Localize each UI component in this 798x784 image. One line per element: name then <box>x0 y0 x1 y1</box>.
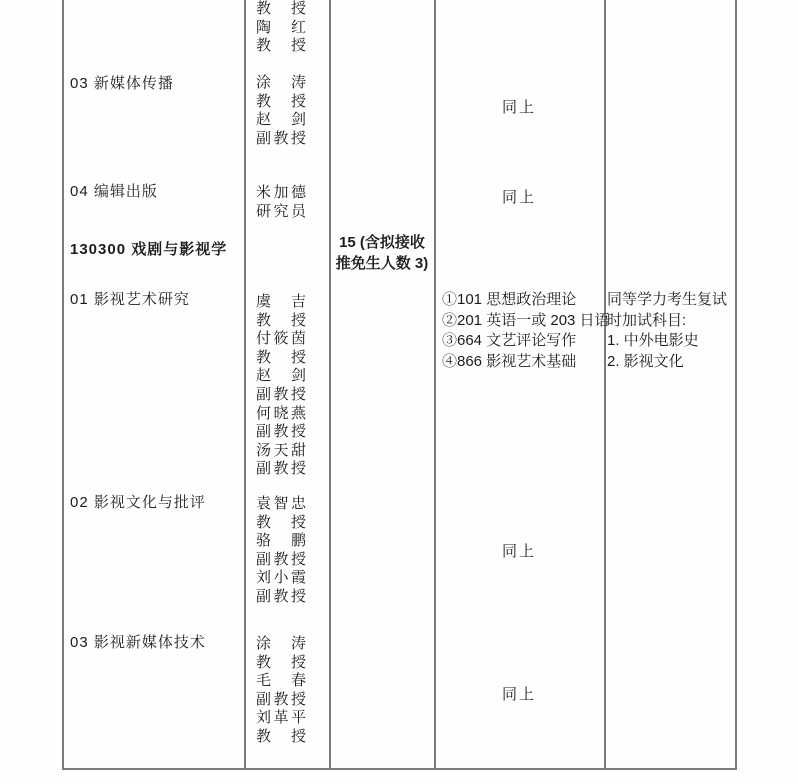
advisor-block: 涂 涛 教 授 赵 剑 副教授 <box>256 74 309 148</box>
advisor-title: 研究员 <box>256 203 309 222</box>
advisor-title: 副教授 <box>256 386 309 405</box>
direction-label: 01 影视艺术研究 <box>70 290 190 309</box>
advisor-title: 教 授 <box>256 93 309 112</box>
direction-label: 02 影视文化与批评 <box>70 493 206 512</box>
exam-subject-line: ②201 英语一或 203 日语 <box>442 311 610 332</box>
table-border-direction-advisor <box>244 0 246 770</box>
remark-line: 1. 中外电影史 <box>607 331 727 352</box>
advisor-title: 副教授 <box>256 423 309 442</box>
advisor-name: 袁智忠 <box>256 495 309 514</box>
exam-subjects-block: ①101 思想政治理论 ②201 英语一或 203 日语 ③664 文艺评论写作… <box>442 290 610 372</box>
advisor-name: 刘小霞 <box>256 569 309 588</box>
table-border-bottom <box>62 768 737 770</box>
advisor-name: 涂 涛 <box>256 74 309 93</box>
remark-line: 2. 影视文化 <box>607 352 727 373</box>
table-border-right <box>735 0 737 770</box>
exam-subject-line: ④866 影视艺术基础 <box>442 352 610 373</box>
advisor-block: 虞 吉 教 授 付筱茵 教 授 赵 剑 副教授 何晓燕 副教授 汤天甜 副教授 <box>256 293 309 479</box>
section-header-label: 130300 戏剧与影视学 <box>70 240 227 259</box>
exam-subject-line: ③664 文艺评论写作 <box>442 331 610 352</box>
remark-line: 同等学力考生复试 <box>607 290 727 311</box>
enrollment-line: 15 (含拟接收 <box>330 233 434 254</box>
advisor-title: 副教授 <box>256 588 309 607</box>
advisor-title: 教 授 <box>256 312 309 331</box>
advisor-title: 教 授 <box>256 654 309 673</box>
direction-label: 03 影视新媒体技术 <box>70 633 206 652</box>
advisor-name: 米加德 <box>256 184 309 203</box>
advisor-block: 米加德 研究员 <box>256 184 309 221</box>
ditto-mark: 同上 <box>434 544 604 560</box>
advisor-title: 副教授 <box>256 691 309 710</box>
advisor-name: 付筱茵 <box>256 330 309 349</box>
advisor-name: 虞 吉 <box>256 293 309 312</box>
advisor-title: 教 授 <box>256 37 309 56</box>
remark-line: 时加试科目: <box>607 311 727 332</box>
advisor-name: 涂 涛 <box>256 635 309 654</box>
direction-label: 03 新媒体传播 <box>70 74 174 93</box>
document-page: 教 授 陶 红 教 授 03 新媒体传播 涂 涛 教 授 赵 剑 副教授 同上 … <box>0 0 798 784</box>
table-border-left <box>62 0 64 770</box>
advisor-name: 骆 鹏 <box>256 532 309 551</box>
advisor-title: 教 授 <box>256 728 309 747</box>
advisor-name: 赵 剑 <box>256 367 309 386</box>
exam-subject-line: ①101 思想政治理论 <box>442 290 610 311</box>
remarks-block: 同等学力考生复试 时加试科目: 1. 中外电影史 2. 影视文化 <box>607 290 727 372</box>
advisor-block: 袁智忠 教 授 骆 鹏 副教授 刘小霞 副教授 <box>256 495 309 607</box>
table-border-exam-remarks <box>604 0 606 770</box>
direction-label: 04 编辑出版 <box>70 182 158 201</box>
advisor-title: 副教授 <box>256 551 309 570</box>
advisor-title: 副教授 <box>256 460 309 479</box>
advisor-name: 毛 春 <box>256 672 309 691</box>
advisor-title: 教 授 <box>256 0 309 19</box>
advisor-name: 陶 红 <box>256 19 309 38</box>
advisor-block-carryover: 教 授 陶 红 教 授 <box>256 0 309 56</box>
advisor-title: 教 授 <box>256 349 309 368</box>
advisor-name: 何晓燕 <box>256 405 309 424</box>
advisor-title: 教 授 <box>256 514 309 533</box>
enrollment-block: 15 (含拟接收 推免生人数 3) <box>330 233 434 274</box>
enrollment-line: 推免生人数 3) <box>330 254 434 275</box>
advisor-title: 副教授 <box>256 130 309 149</box>
advisor-name: 赵 剑 <box>256 111 309 130</box>
ditto-mark: 同上 <box>434 190 604 206</box>
ditto-mark: 同上 <box>434 100 604 116</box>
advisor-block: 涂 涛 教 授 毛 春 副教授 刘革平 教 授 <box>256 635 309 747</box>
advisor-name: 汤天甜 <box>256 442 309 461</box>
advisor-name: 刘革平 <box>256 709 309 728</box>
table-border-advisor-enrollment <box>329 0 331 770</box>
ditto-mark: 同上 <box>434 687 604 703</box>
